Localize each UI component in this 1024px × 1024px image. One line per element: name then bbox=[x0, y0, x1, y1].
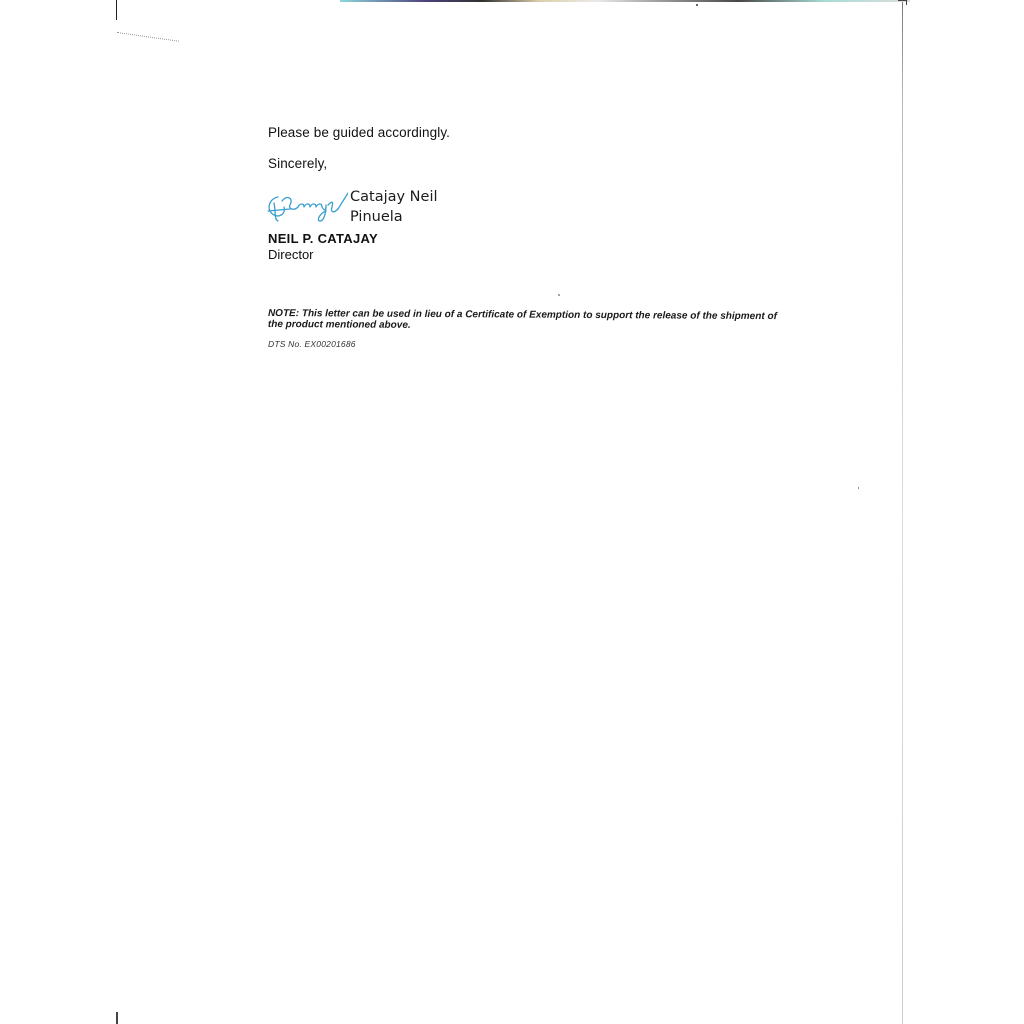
digital-signature-name-line1: Catajay Neil bbox=[350, 187, 438, 207]
signature-block: Catajay Neil Pinuela bbox=[268, 187, 788, 231]
page-edge-right bbox=[902, 2, 903, 1024]
dts-number: DTS No. EX00201686 bbox=[268, 339, 788, 349]
digital-signature-name-line2: Pinuela bbox=[350, 207, 438, 227]
scan-speck bbox=[696, 4, 698, 6]
signer-name: NEIL P. CATAJAY bbox=[268, 231, 788, 247]
scan-top-edge bbox=[340, 0, 910, 2]
letter-body: Please be guided accordingly. Sincerely,… bbox=[268, 124, 788, 349]
signer-title: Director bbox=[268, 247, 788, 263]
valediction: Sincerely, bbox=[268, 155, 788, 173]
page-corner-fold bbox=[117, 18, 179, 42]
scan-speck bbox=[858, 487, 859, 489]
closing-remark: Please be guided accordingly. bbox=[268, 124, 788, 142]
digital-signature-name: Catajay Neil Pinuela bbox=[350, 187, 438, 227]
exemption-note: NOTE: This letter can be used in lieu of… bbox=[268, 308, 783, 333]
handwritten-signature-icon bbox=[264, 189, 348, 225]
scanned-document-page: Please be guided accordingly. Sincerely,… bbox=[0, 0, 1024, 1024]
page-edge-left-bottom bbox=[116, 1012, 118, 1024]
